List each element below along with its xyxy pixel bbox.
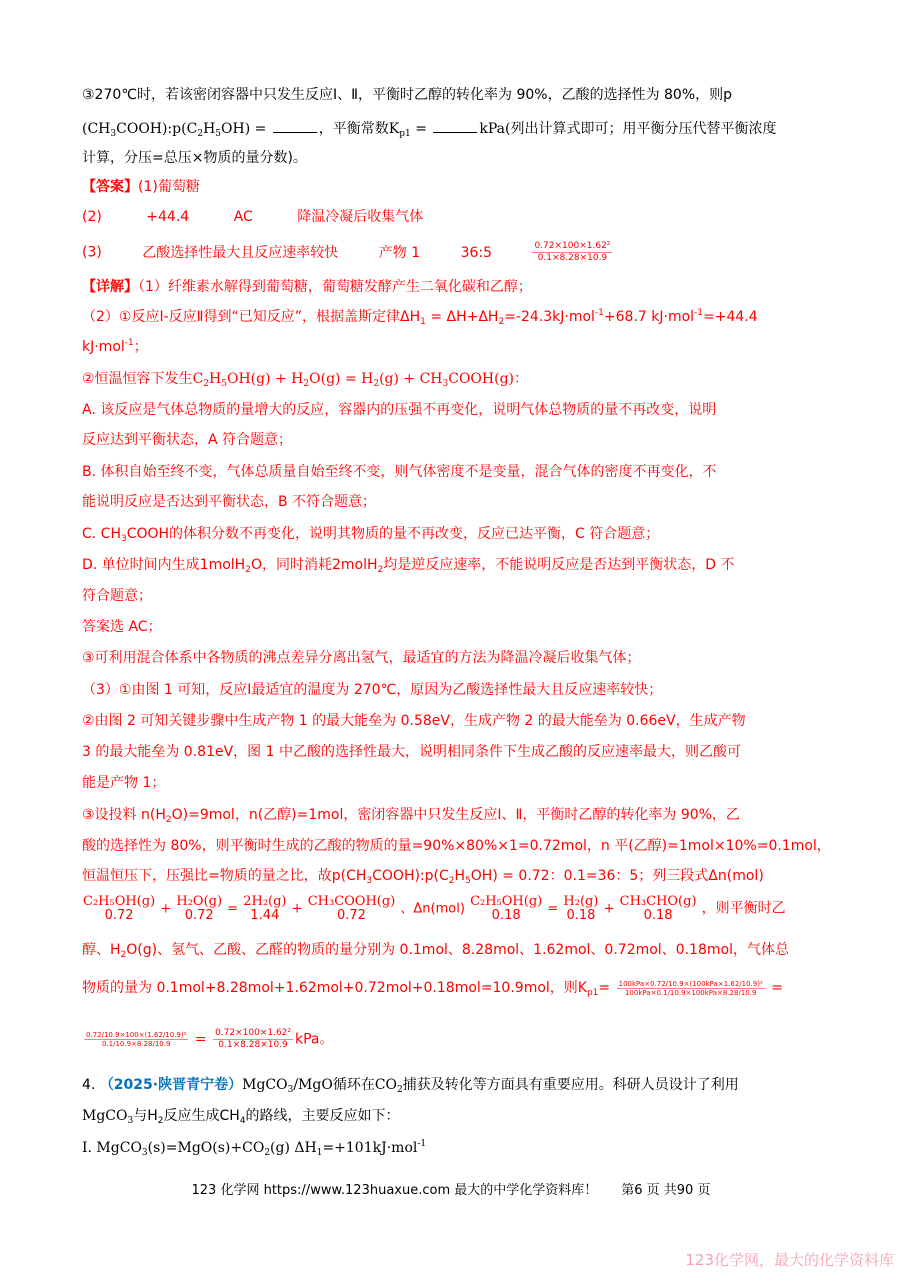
amount: 0.72 xyxy=(337,909,366,923)
kp-fraction-3: 0.72×100×1.62²0.1×8.28×10.9 xyxy=(213,1028,293,1051)
text: 能说明反应是否达到平衡状态，B 不符合题意； xyxy=(82,494,376,510)
answer-value: 乙酸选择性最大且反应速率较快 xyxy=(142,243,338,263)
text: kJ·mol xyxy=(82,339,125,355)
question-source: （2025·陕晋青宁卷） xyxy=(100,1077,242,1093)
fraction-numerator: 0.72/10.9×100×(1.62/10.9)² xyxy=(84,1031,188,1040)
option-a-line-1: A. 该反应是气体总物质的量增大的反应，容器内的压强不再变化，说明气体总物质的量… xyxy=(82,400,716,420)
text: O)=9mol，n(乙醇)=1mol，密闭容器中只发生反应Ⅰ、Ⅱ，平衡时乙醇的转… xyxy=(172,807,740,823)
answer-blank-2 xyxy=(433,118,477,133)
amount: 0.18 xyxy=(644,909,673,923)
text: 捕获及转化等方面具有重要应用。科研人员设计了利用 xyxy=(403,1077,739,1093)
text: 的路线，主要反应如下： xyxy=(246,1108,400,1124)
q3-line-7: 恒温恒压下，压强比=物质的量之比，故p(CH3COOH):p(C2H5OH) =… xyxy=(82,866,764,886)
text: 与H xyxy=(133,1108,158,1124)
watermark: 123化学网，最大的化学资料库 xyxy=(685,1249,894,1270)
page-footer: 123 化学网 https://www.123huaxue.com 最大的中学化… xyxy=(0,1179,902,1198)
text: =+101kJ·mol xyxy=(322,1140,417,1156)
text: 符合题意； xyxy=(82,588,152,604)
question-line-2: (CH3COOH):p(C2H5OH) = ，平衡常数Kp1 = kPa(列出计… xyxy=(82,118,777,139)
answer-part1: (1)葡萄糖 xyxy=(138,179,200,195)
text: ，则平衡时乙 xyxy=(702,901,786,917)
text: ②由图 2 可知关键步骤中生成产物 1 的最大能垒为 0.58eV，生成产物 2… xyxy=(82,713,746,729)
amount: 1.44 xyxy=(250,909,279,923)
species: 2H₂(g) xyxy=(243,895,286,909)
operator: + xyxy=(160,902,171,917)
text: （2）①反应Ⅰ-反应Ⅱ得到“已知反应”，根据盖斯定律ΔH xyxy=(82,309,420,325)
text: (s)=MgO(s)+CO xyxy=(148,1140,265,1156)
text: (CH xyxy=(82,121,110,137)
answer-value: AC xyxy=(234,207,253,227)
footer-text: 123 化学网 https://www.123huaxue.com 最大的中学化… xyxy=(192,1183,598,1198)
text: ②恒温恒容下发生 xyxy=(82,371,193,387)
operator: + xyxy=(292,902,303,917)
text: 反应生成CH xyxy=(164,1108,240,1124)
choose-line: 答案选 AC； xyxy=(82,617,162,637)
text: = xyxy=(598,980,610,996)
text: H xyxy=(455,868,466,884)
fraction-denominator: 0.1/10.9×8.28/10.9 xyxy=(100,1040,172,1048)
text: 答案选 AC； xyxy=(82,619,162,635)
text: =+44.4 xyxy=(703,309,758,325)
text: C. CH xyxy=(82,526,121,542)
text: (g) ΔH xyxy=(270,1140,317,1156)
eq-term: 2H₂(g)1.44 xyxy=(243,895,286,923)
q3-line-9: 醇、H2O(g)、氢气、乙酸、乙醛的物质的量分别为 0.1mol、8.28mol… xyxy=(82,940,789,960)
kp-fraction-1: 100kPa×0.72/10.9×(100kPa×1.62/10.9)²100k… xyxy=(617,980,765,997)
text: MgCO xyxy=(82,1108,128,1124)
eq-term: H₂O(g)0.72 xyxy=(176,895,222,923)
explanation-line-2: （2）①反应Ⅰ-反应Ⅱ得到“已知反应”，根据盖斯定律ΔH1 = ΔH+ΔH2=-… xyxy=(82,307,758,327)
species: C₂H₅OH(g) xyxy=(83,895,155,909)
fraction-numerator: 0.72×100×1.62² xyxy=(532,241,612,253)
explanation-label: 【详解】 xyxy=(82,279,138,295)
operator: = xyxy=(227,902,238,917)
text: COOH的体积分数不再变化，说明其物质的量不再改变，反应已达平衡，C 符合题意； xyxy=(127,526,660,542)
answer-value: 产物 1 xyxy=(379,243,420,263)
text: COOH):p(C xyxy=(372,868,449,884)
text: 能是产物 1； xyxy=(82,775,165,791)
question-text: ③270℃时，若该密闭容器中只发生反应Ⅰ、Ⅱ，平衡时乙醇的转化率为 90%，乙酸… xyxy=(82,87,732,103)
explanation-line-3: kJ·mol-1； xyxy=(82,337,148,357)
text: ，平衡常数K xyxy=(319,121,399,137)
q3-line-1: （3）①由图 1 可知，反应Ⅰ最适宜的温度为 270℃，原因为乙酸选择性最大且反… xyxy=(82,680,662,700)
q4-line-1: 4. （2025·陕晋青宁卷）MgCO3/MgO循环在CO2捕获及转化等方面具有… xyxy=(82,1075,739,1095)
text: 反应达到平衡状态，A 符合题意； xyxy=(82,432,292,448)
text: MgCO xyxy=(242,1077,288,1093)
q3-line-5: ③设投料 n(H2O)=9mol，n(乙醇)=1mol，密闭容器中只发生反应Ⅰ、… xyxy=(82,805,740,825)
text: （3）①由图 1 可知，反应Ⅰ最适宜的温度为 270℃，原因为乙酸选择性最大且反… xyxy=(82,682,662,698)
text: B. 体积自始至终不变，气体总质量自始至终不变，则气体密度不是变量，混合气体的密… xyxy=(82,464,717,480)
text: = xyxy=(411,121,432,137)
text: ③设投料 n(H xyxy=(82,807,166,823)
species: C₂H₅OH(g) xyxy=(470,895,542,909)
text: 恒温恒压下，压强比=物质的量之比，故p(CH xyxy=(82,868,366,884)
kp-subscript: p1 xyxy=(399,129,411,139)
text: kPa(列出计算式即可；用平衡分压代替平衡浓度 xyxy=(479,121,776,137)
answer-blank-1 xyxy=(273,118,317,133)
text: I. MgCO xyxy=(82,1140,142,1156)
text: 计算，分压=总压×物质的量分数)。 xyxy=(82,150,307,166)
amount: 0.72 xyxy=(185,909,214,923)
answer-fraction: 0.72×100×1.62²0.1×8.28×10.9 xyxy=(532,241,612,264)
text: D. 单位时间内生成1molH xyxy=(82,557,245,573)
fraction-denominator: 0.1×8.28×10.9 xyxy=(216,1040,289,1051)
answer-value: +44.4 xyxy=(146,207,189,227)
kp-line-1: 物质的量为 0.1mol+8.28mol+1.62mol+0.72mol+0.1… xyxy=(82,978,783,998)
text: H xyxy=(203,121,215,137)
answer-value: 36:5 xyxy=(461,243,492,263)
question-number: 4. xyxy=(82,1077,95,1093)
page-number: 第6 页 共90 页 xyxy=(621,1183,710,1198)
text: = ΔH+ΔH xyxy=(426,309,499,325)
explanation-p3c: ③可利用混合体系中各物质的沸点差异分离出氢气，最适宜的方法为降温冷凝后收集气体； xyxy=(82,648,641,668)
operator: + xyxy=(604,902,615,917)
amount: 0.18 xyxy=(566,909,595,923)
exponent: -1 xyxy=(694,308,703,318)
unit: kPa。 xyxy=(295,1032,334,1048)
separator: 、Δn(mol) xyxy=(400,902,465,917)
q4-reaction-1: I. MgCO3(s)=MgO(s)+CO2(g) ΔH1=+101kJ·mol… xyxy=(82,1138,426,1158)
q3-line-6: 酸的选择性为 80%，则平衡时生成的乙酸的物质的量=90%×80%×1=0.72… xyxy=(82,836,831,856)
text: 酸的选择性为 80%，则平衡时生成的乙酸的物质的量=90%×80%×1=0.72… xyxy=(82,838,831,854)
text: C xyxy=(193,371,204,387)
kp-fraction-2: 0.72/10.9×100×(1.62/10.9)²0.1/10.9×8.28/… xyxy=(84,1031,188,1048)
species: H₂O(g) xyxy=(176,895,222,909)
fraction-denominator: 100kPa×0.1/10.9×100kPa×8.28/10.9 xyxy=(623,989,758,997)
answer-line-1: 【答案】(1)葡萄糖 xyxy=(82,177,200,197)
answer-label: 【答案】 xyxy=(82,179,138,195)
answer-part3-label: (3) xyxy=(82,245,102,261)
explanation-line-4: ②恒温恒容下发生C2H5OH(g) + H2O(g) = H2(g) + CH3… xyxy=(82,369,528,389)
explanation-line-1: 【详解】（1）纤维素水解得到葡萄糖，葡萄糖发酵产生二氧化碳和乙醇； xyxy=(82,277,532,297)
text: 均是逆反应速率，不能说明反应是否达到平衡状态，D 不 xyxy=(383,557,734,573)
kp-line-2: 0.72/10.9×100×(1.62/10.9)²0.1/10.9×8.28/… xyxy=(82,1028,334,1051)
eq-term: C₂H₅OH(g)0.72 xyxy=(83,895,155,923)
eq-term: CH₃CHO(g)0.18 xyxy=(620,895,697,923)
three-stage-equations: C₂H₅OH(g)0.72 + H₂O(g)0.72 = 2H₂(g)1.44 … xyxy=(82,895,786,923)
amount: 0.18 xyxy=(492,909,521,923)
text: 3 的最大能垒为 0.81eV，图 1 中乙酸的选择性最大，说明相同条件下生成乙… xyxy=(82,744,741,760)
exponent: -1 xyxy=(595,308,604,318)
amount: 0.72 xyxy=(105,909,134,923)
text: （1）纤维素水解得到葡萄糖，葡萄糖发酵产生二氧化碳和乙醇； xyxy=(138,279,532,295)
option-a-line-2: 反应达到平衡状态，A 符合题意； xyxy=(82,430,292,450)
text: OH) = xyxy=(221,121,271,137)
eq-term: CH₃COOH(g)0.72 xyxy=(308,895,396,923)
text: /MgO循环在CO xyxy=(293,1077,397,1093)
text: OH(g) + H xyxy=(227,371,303,387)
text: ； xyxy=(134,339,148,355)
operator: = xyxy=(771,980,783,996)
question-line-3: 计算，分压=总压×物质的量分数)。 xyxy=(82,148,307,168)
text: O(g)、氢气、乙酸、乙醛的物质的量分别为 0.1mol、8.28mol、1.6… xyxy=(126,942,789,958)
text: +68.7 kJ·mol xyxy=(604,309,694,325)
option-d-line-1: D. 单位时间内生成1molH2O，同时消耗2molH2均是逆反应速率，不能说明… xyxy=(82,555,734,575)
operator: = xyxy=(547,902,558,917)
text: (g) + CH xyxy=(379,371,442,387)
q3-line-2: ②由图 2 可知关键步骤中生成产物 1 的最大能垒为 0.58eV，生成产物 2… xyxy=(82,711,746,731)
text: O(g) = H xyxy=(309,371,373,387)
text: ③可利用混合体系中各物质的沸点差异分离出氢气，最适宜的方法为降温冷凝后收集气体； xyxy=(82,650,641,666)
text: 物质的量为 0.1mol+8.28mol+1.62mol+0.72mol+0.1… xyxy=(82,980,587,996)
fraction-numerator: 100kPa×0.72/10.9×(100kPa×1.62/10.9)² xyxy=(617,980,765,989)
option-b-line-2: 能说明反应是否达到平衡状态，B 不符合题意； xyxy=(82,492,376,512)
answer-value: 降温冷凝后收集气体 xyxy=(297,207,423,227)
option-b-line-1: B. 体积自始至终不变，气体总质量自始至终不变，则气体密度不是变量，混合气体的密… xyxy=(82,462,717,482)
q4-line-2: MgCO3与H2反应生成CH4的路线，主要反应如下： xyxy=(82,1106,400,1126)
text: O，同时消耗2molH xyxy=(251,557,378,573)
fraction-numerator: 0.72×100×1.62² xyxy=(213,1028,293,1040)
text: COOH(g)： xyxy=(448,371,528,387)
option-c-line: C. CH3COOH的体积分数不再变化，说明其物质的量不再改变，反应已达平衡，C… xyxy=(82,524,659,544)
text: H xyxy=(209,371,221,387)
text: A. 该反应是气体总物质的量增大的反应，容器内的压强不再变化，说明气体总物质的量… xyxy=(82,402,716,418)
fraction-denominator: 0.1×8.28×10.9 xyxy=(536,253,609,264)
option-d-line-2: 符合题意； xyxy=(82,586,152,606)
text: =-24.3kJ·mol xyxy=(504,309,595,325)
operator: = xyxy=(195,1032,207,1048)
q3-line-4: 能是产物 1； xyxy=(82,773,165,793)
species: H₂(g) xyxy=(563,895,598,909)
text: 醇、H xyxy=(82,942,121,958)
kp-subscript: p1 xyxy=(587,988,598,998)
species: CH₃CHO(g) xyxy=(620,895,697,909)
exponent: -1 xyxy=(417,1139,426,1149)
q3-line-3: 3 的最大能垒为 0.81eV，图 1 中乙酸的选择性最大，说明相同条件下生成乙… xyxy=(82,742,741,762)
text: COOH):p(C xyxy=(116,121,197,137)
exponent: -1 xyxy=(125,338,134,348)
eq-term: C₂H₅OH(g)0.18 xyxy=(470,895,542,923)
answer-line-3: (3) 乙酸选择性最大且反应速率较快 产物 1 36:5 0.72×100×1.… xyxy=(82,241,614,264)
answer-line-2: (2) +44.4 AC 降温冷凝后收集气体 xyxy=(82,207,423,227)
text: OH) = 0.72：0.1=36：5；列三段式Δn(mol) xyxy=(471,868,764,884)
answer-part2-label: (2) xyxy=(82,209,102,225)
question-line-1: ③270℃时，若该密闭容器中只发生反应Ⅰ、Ⅱ，平衡时乙醇的转化率为 90%，乙酸… xyxy=(82,85,732,105)
eq-term: H₂(g)0.18 xyxy=(563,895,598,923)
species: CH₃COOH(g) xyxy=(308,895,396,909)
